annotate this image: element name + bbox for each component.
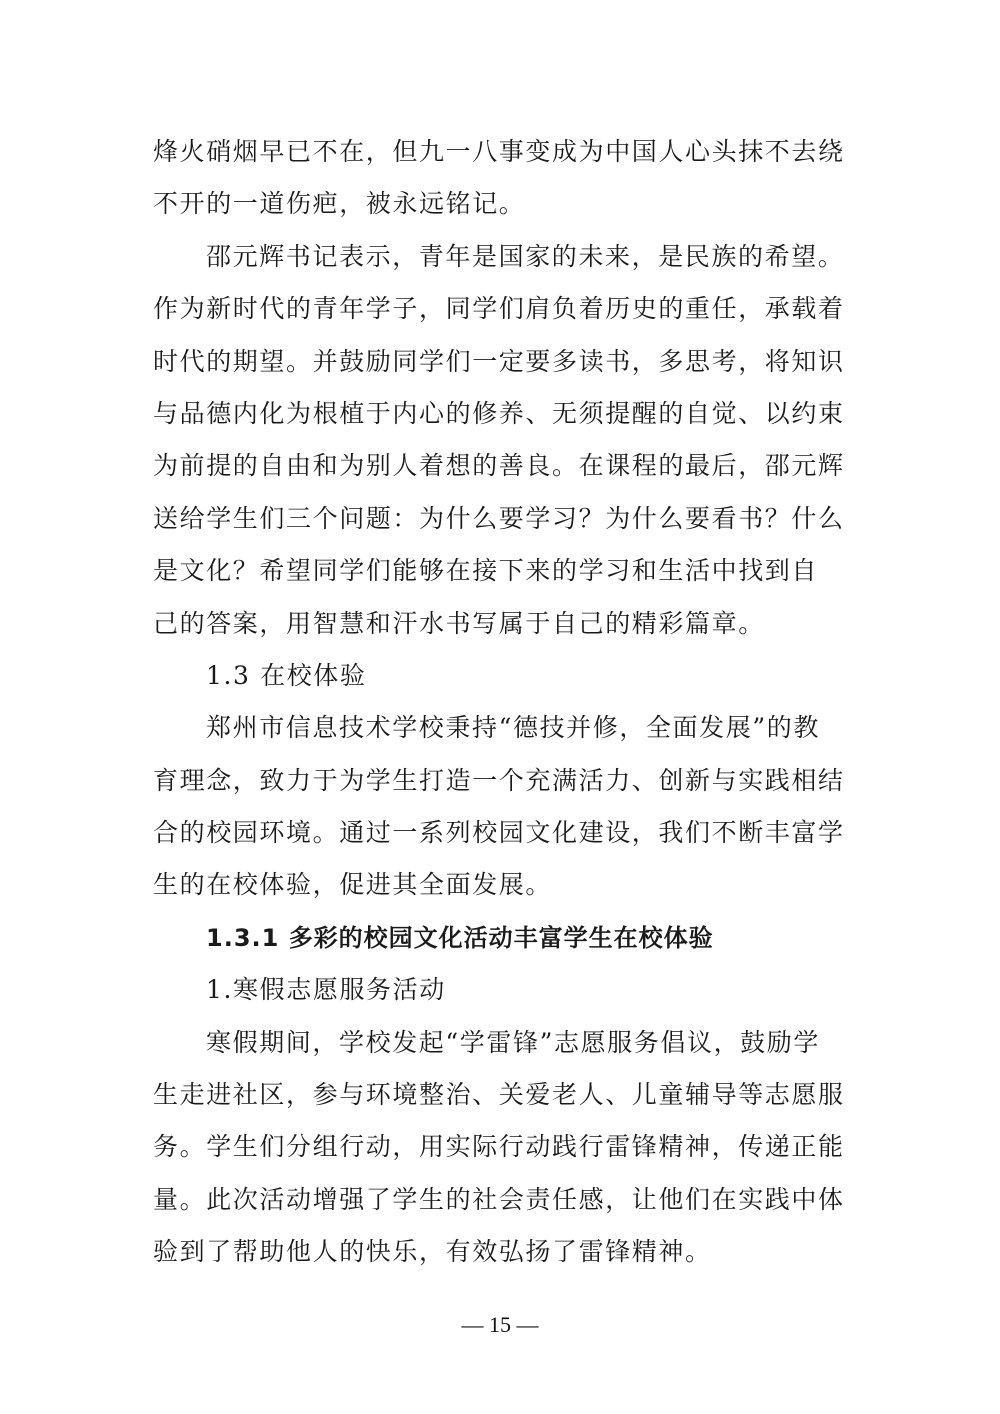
text-line: 时代的期望。并鼓励同学们一定要多读书，多思考，将知识 — [153, 336, 849, 388]
text-line: 不开的一道伤疤，被永远铭记。 — [153, 178, 849, 230]
page-number: — 15 — — [0, 1312, 1000, 1338]
section-heading: 1.3 在校体验 — [153, 650, 849, 702]
text-line: 与品德内化为根植于内心的修养、无须提醒的自觉、以约束 — [153, 388, 849, 440]
text-line: 验到了帮助他人的快乐，有效弘扬了雷锋精神。 — [153, 1226, 849, 1278]
subsection-heading: 1.3.1 多彩的校园文化活动丰富学生在校体验 — [153, 912, 849, 964]
text-line: 己的答案，用智慧和汗水书写属于自己的精彩篇章。 — [153, 598, 849, 650]
text-line: 作为新时代的青年学子，同学们肩负着历史的重任，承载着 — [153, 283, 849, 335]
text-line: 育理念，致力于为学生打造一个充满活力、创新与实践相结 — [153, 755, 849, 807]
text-line: 量。此次活动增强了学生的社会责任感，让他们在实践中体 — [153, 1174, 849, 1226]
text-line: 合的校园环境。通过一系列校园文化建设，我们不断丰富学 — [153, 807, 849, 859]
paragraph-start: 寒假期间，学校发起“学雷锋”志愿服务倡议，鼓励学 — [153, 1017, 849, 1069]
paragraph-start: 邵元辉书记表示，青年是国家的未来，是民族的希望。 — [153, 231, 849, 283]
text-line: 为前提的自由和为别人着想的善良。在课程的最后，邵元辉 — [153, 440, 849, 492]
text-line: 烽火硝烟早已不在，但九一八事变成为中国人心头抹不去绕 — [153, 126, 849, 178]
list-heading: 1.寒假志愿服务活动 — [153, 964, 849, 1016]
text-line: 务。学生们分组行动，用实际行动践行雷锋精神，传递正能 — [153, 1121, 849, 1173]
text-line: 生走进社区，参与环境整治、关爱老人、儿童辅导等志愿服 — [153, 1069, 849, 1121]
text-line: 送给学生们三个问题：为什么要学习？为什么要看书？什么 — [153, 493, 849, 545]
text-line: 是文化？希望同学们能够在接下来的学习和生活中找到自 — [153, 545, 849, 597]
paragraph-start: 郑州市信息技术学校秉持“德技并修，全面发展”的教 — [153, 702, 849, 754]
text-line: 生的在校体验，促进其全面发展。 — [153, 859, 849, 911]
document-page: 烽火硝烟早已不在，但九一八事变成为中国人心头抹不去绕 不开的一道伤疤，被永远铭记… — [153, 126, 849, 1279]
